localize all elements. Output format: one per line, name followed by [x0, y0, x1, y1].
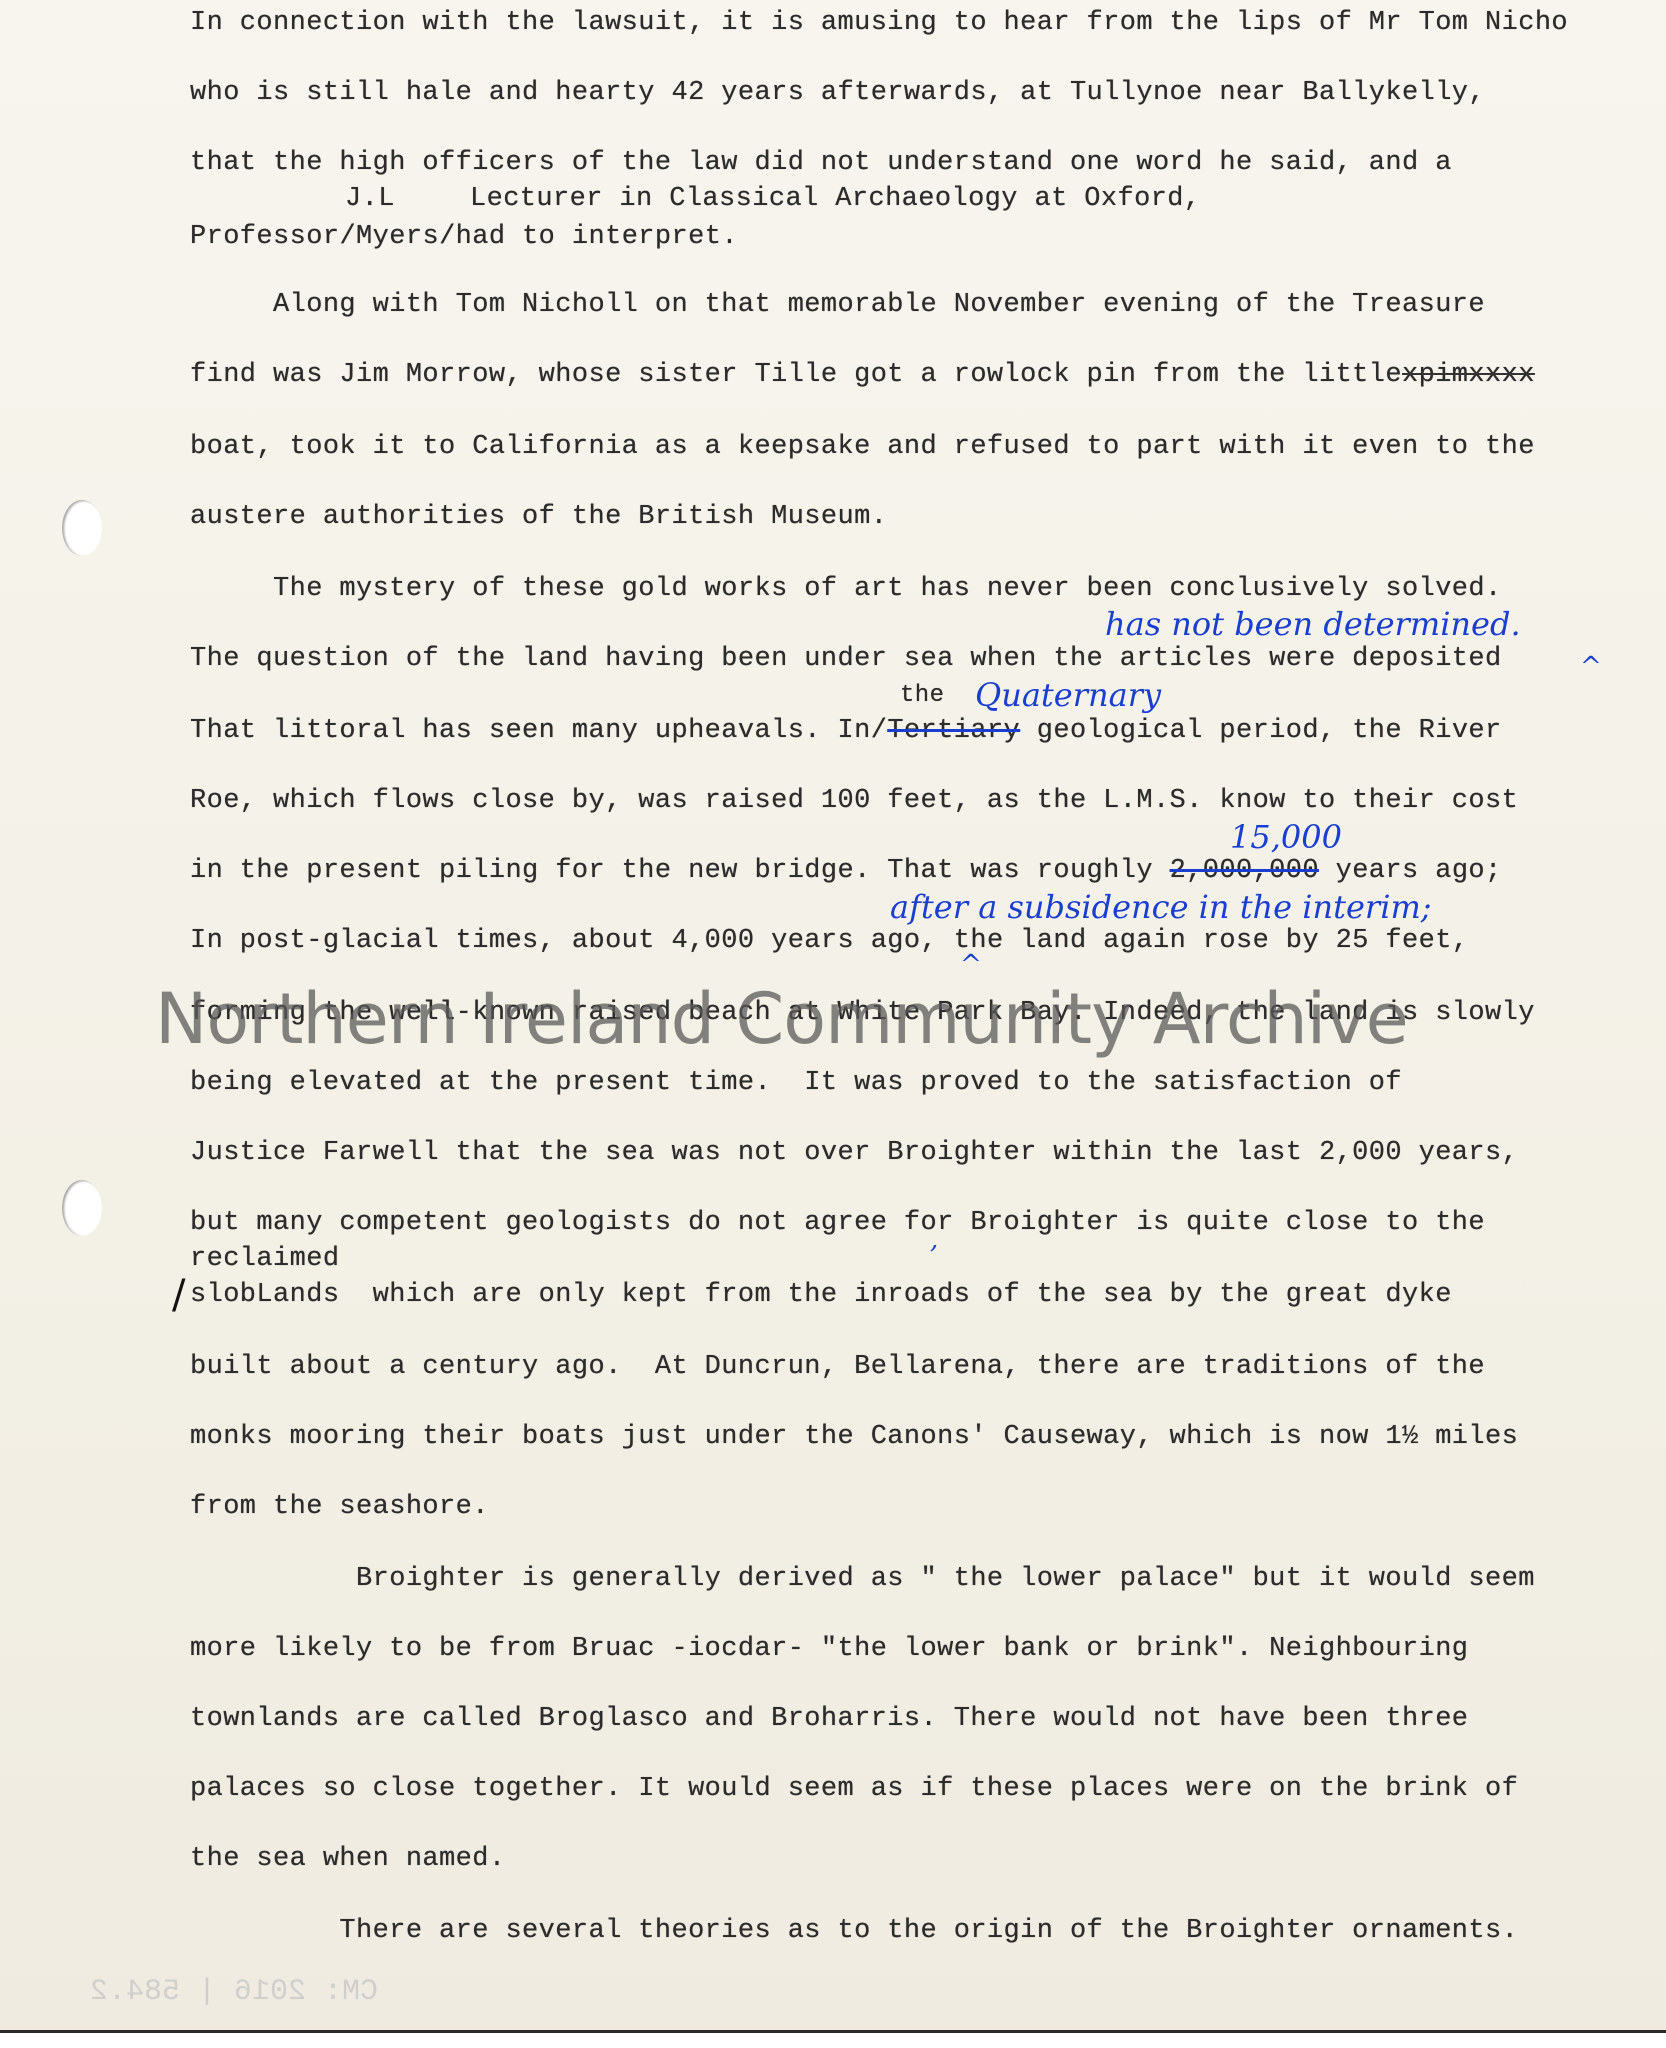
handwritten-subsidence: after a subsidence in the interim;: [890, 888, 1432, 926]
struck-word-tertiary: Tertiary: [887, 716, 1020, 746]
scan-margin: [0, 2033, 1666, 2048]
text-line-28: There are several theories as to the ori…: [190, 1916, 1518, 1946]
line-6-text: find was Jim Morrow, whose sister Tille …: [190, 360, 1402, 390]
line-14-text: In post-glacial times, about 4,000 years…: [190, 926, 921, 956]
insert-initials: J.L: [345, 184, 395, 214]
slash-mark: /: [439, 222, 456, 252]
insert-the: the: [900, 682, 944, 709]
text-line-7: boat, took it to California as a keepsak…: [190, 432, 1535, 462]
text-line-19: slobLands which are only kept from the i…: [190, 1280, 1452, 1310]
watermark: Northern Ireland Community Archive: [155, 978, 1408, 1060]
handwritten-15000: 15,000: [1230, 818, 1342, 856]
text-line-24: more likely to be from Bruac -iocdar- "t…: [190, 1634, 1468, 1664]
line-13-rest: years ago;: [1319, 856, 1502, 886]
line-11-rest: geological period, the River: [1020, 716, 1501, 746]
insert-reclaimed: reclaimed: [190, 1244, 339, 1274]
word-myers: Myers: [356, 222, 439, 252]
handwritten-has-not-been-determined: has not been determined.: [1105, 605, 1521, 643]
text-line-27: the sea when named.: [190, 1844, 505, 1874]
text-line-17: Justice Farwell that the sea was not ove…: [190, 1138, 1518, 1168]
text-line-11: That littoral has seen many upheavals. I…: [190, 716, 1502, 746]
handwritten-caret-2: ^: [960, 950, 982, 980]
text-line-4: Professor/Myers/had to interpret.: [190, 222, 738, 252]
text-line-18: but many competent geologists do not agr…: [190, 1208, 1485, 1238]
text-line-12: Roe, which flows close by, was raised 10…: [190, 786, 1518, 816]
punch-hole-top: [62, 500, 102, 556]
insert-lecturer-title: Lecturer in Classical Archaeology at Oxf…: [470, 184, 1201, 214]
text-line-26: palaces so close together. It would seem…: [190, 1774, 1518, 1804]
word-professor: Professor: [190, 222, 339, 252]
text-line-8: austere authorities of the British Museu…: [190, 502, 887, 532]
text-line-23: Broighter is generally derived as " the …: [190, 1564, 1535, 1594]
text-line-2: who is still hale and hearty 42 years af…: [190, 78, 1485, 108]
handwritten-caret: ^: [1580, 652, 1602, 682]
text-line-14: In post-glacial times, about 4,000 years…: [190, 926, 1468, 956]
punch-hole-bottom: [62, 1180, 102, 1236]
line-18-text: but many competent geologists do not agr…: [190, 1208, 887, 1238]
text-line-9: The mystery of these gold works of art h…: [190, 574, 1502, 604]
comma: ,: [921, 926, 938, 956]
slash-mark: /: [871, 716, 888, 746]
insert-slash: /: [172, 1272, 185, 1318]
line-14-rest: the land again rose by 25 feet,: [937, 926, 1468, 956]
text-line-5: Along with Tom Nicholl on that memorable…: [190, 290, 1485, 320]
text-line-20: built about a century ago. At Duncrun, B…: [190, 1352, 1485, 1382]
handwritten-quaternary: Quaternary: [975, 676, 1161, 714]
text-line-6: find was Jim Morrow, whose sister Tille …: [190, 360, 1535, 390]
text-line-16: being elevated at the present time. It w…: [190, 1068, 1402, 1098]
text-line-1: In connection with the lawsuit, it is am…: [190, 8, 1568, 38]
text-line-3: that the high officers of the law did no…: [190, 148, 1452, 178]
line-11-text: That littoral has seen many upheavals. I…: [190, 716, 871, 746]
word-interpret: had to interpret.: [456, 222, 738, 252]
text-line-22: from the seashore.: [190, 1492, 489, 1522]
struck-number: 2,000,000: [1170, 856, 1319, 886]
line-13-text: in the present piling for the new bridge…: [190, 856, 1153, 886]
text-line-10: The question of the land having been und…: [190, 644, 1502, 674]
handwritten-comma: ,: [930, 1225, 938, 1255]
archive-reference-bleed: CM: 2016 | 584.2: [90, 1975, 378, 2009]
text-line-25: townlands are called Broglasco and Broha…: [190, 1704, 1468, 1734]
slash-mark: /: [339, 222, 356, 252]
struck-typed-text: xpimxxxx: [1402, 360, 1535, 390]
text-line-21: monks mooring their boats just under the…: [190, 1422, 1518, 1452]
text-line-13: in the present piling for the new bridge…: [190, 856, 1502, 886]
line-18-rest: for Broighter is quite close to the: [887, 1208, 1485, 1238]
